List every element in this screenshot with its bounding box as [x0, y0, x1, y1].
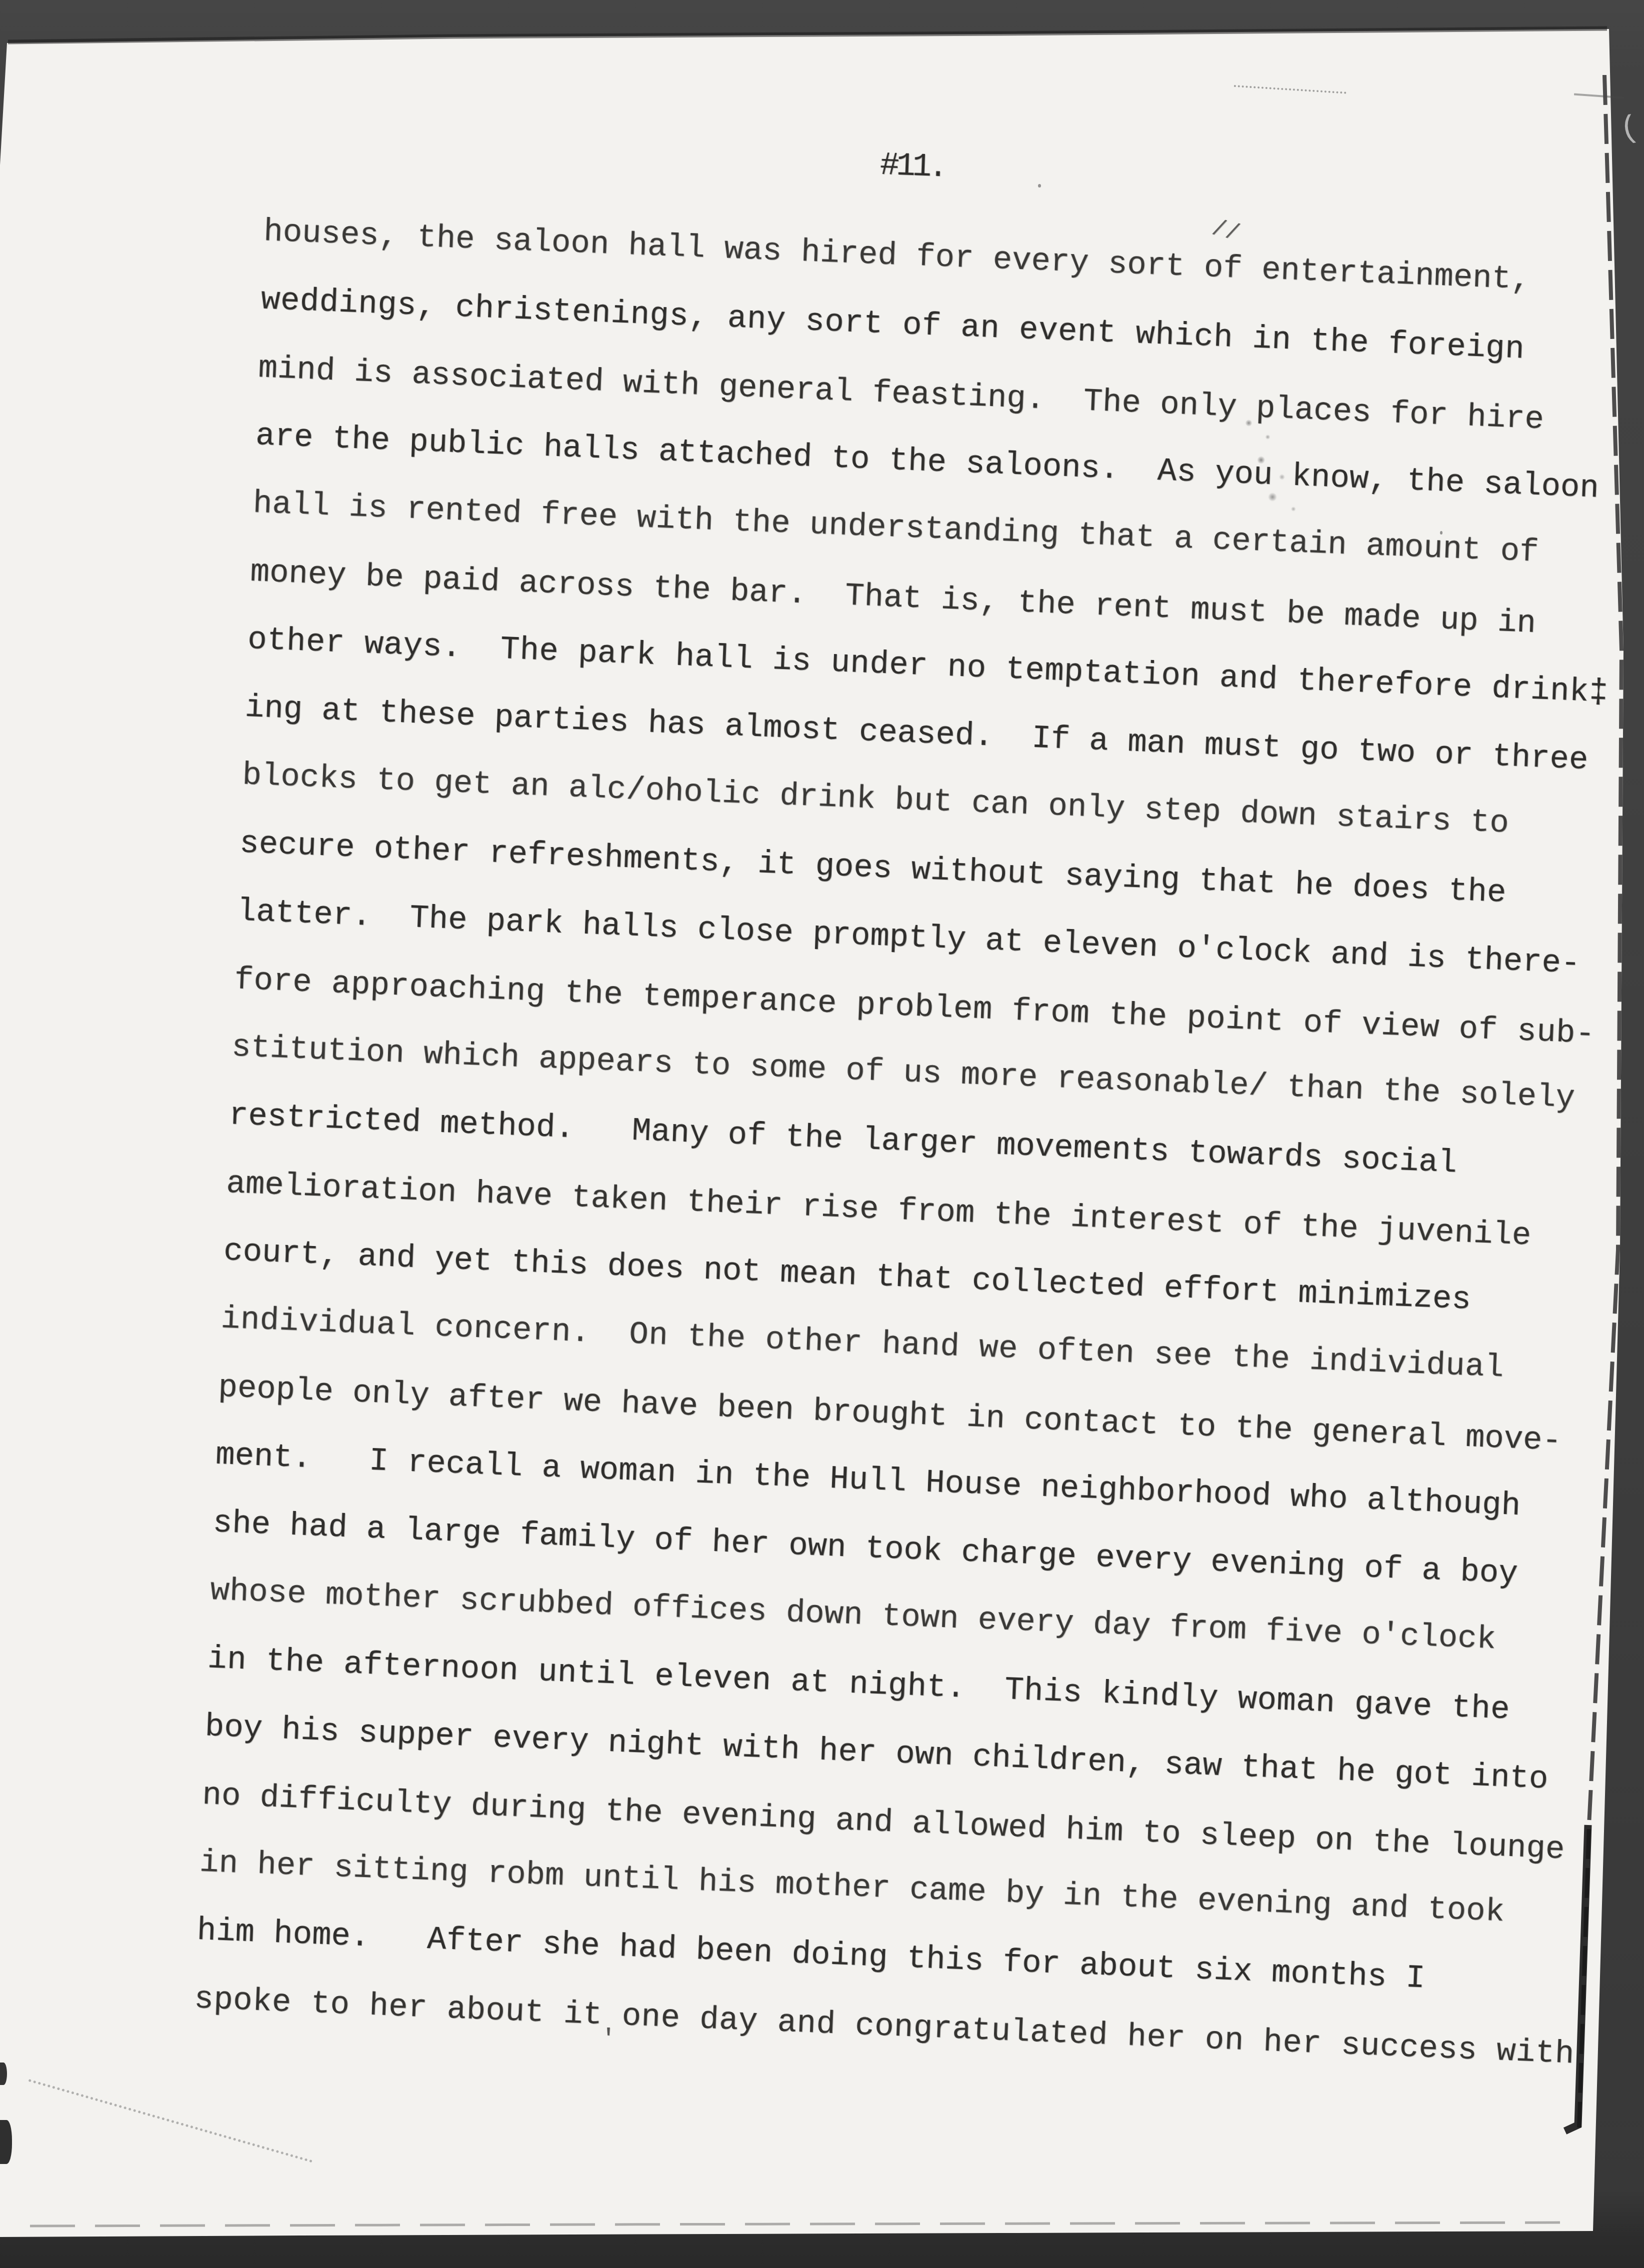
stray-paren-mark: (	[1617, 109, 1641, 147]
page-number: #11.	[879, 132, 946, 202]
left-edge-mark-small	[0, 2062, 7, 2085]
stray-apostrophe-mark: '	[601, 2025, 616, 2053]
paper-speck	[1440, 531, 1442, 534]
paper-speck	[784, 520, 786, 522]
typed-text-block: houses, the saloon hall was hired for ev…	[185, 198, 1644, 2087]
paper-speck	[1038, 184, 1041, 187]
scan-background: #11. houses, the saloon hall was hired f…	[0, 0, 1644, 2268]
left-edge-mark-large	[0, 2120, 12, 2164]
ink-speck-smudge	[1225, 415, 1320, 515]
